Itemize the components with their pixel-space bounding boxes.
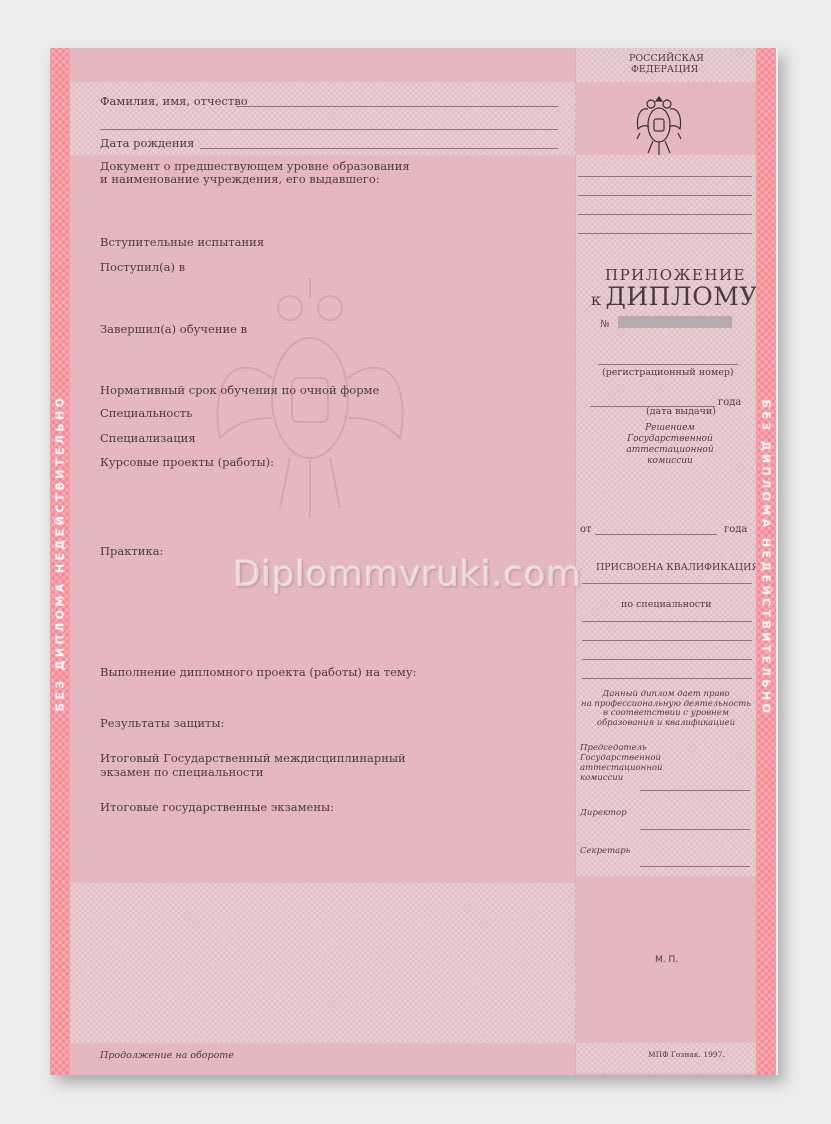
chair-line: аттестационной — [580, 763, 662, 773]
decision-date-field[interactable] — [595, 534, 717, 535]
defense-results-label: Результаты защиты: — [100, 716, 224, 730]
printer-note: МПФ Гознак. 1997. — [648, 1048, 725, 1062]
chair-signature-field[interactable] — [640, 790, 750, 791]
decision-line: Решением — [610, 423, 730, 434]
decision-line: комиссии — [610, 456, 730, 467]
director-signature-field[interactable] — [640, 829, 750, 830]
specialty-field-1[interactable] — [582, 621, 752, 622]
full-name-field[interactable] — [236, 106, 558, 107]
number-sign: № — [600, 318, 609, 332]
year-word-2: года — [724, 523, 747, 537]
decision-line: Государственной — [610, 434, 730, 445]
birth-date-field[interactable] — [200, 148, 558, 149]
page-edge — [776, 48, 778, 1075]
chair-label: Председатель Государственной аттестацион… — [580, 743, 662, 783]
birth-date-label: Дата рождения — [100, 136, 194, 150]
title-prefix: к — [591, 290, 602, 309]
institution-line-1[interactable] — [578, 176, 752, 177]
year-word: года — [718, 396, 741, 410]
issue-date-caption: (дата выдачи) — [646, 405, 716, 419]
institution-line-2[interactable] — [578, 195, 752, 196]
from-word: от — [580, 523, 592, 537]
specialization-label: Специализация — [100, 431, 196, 445]
diploma-supplement-page: БЕЗ ДИПЛОМА НЕДЕЙСТВИТЕЛЬНО Фамилия, имя… — [50, 48, 778, 1075]
band — [70, 48, 576, 82]
chair-line: Государственной — [580, 753, 662, 763]
institution-line-3[interactable] — [578, 214, 752, 215]
entrance-exams-label: Вступительные испытания — [100, 235, 264, 249]
secretary-signature-field[interactable] — [640, 866, 750, 867]
practice-label: Практика: — [100, 544, 163, 558]
strip-text-left: БЕЗ ДИПЛОМА НЕДЕЙСТВИТЕЛЬНО — [54, 395, 67, 712]
chair-line: Председатель — [580, 743, 662, 753]
director-label: Директор — [580, 808, 627, 818]
reg-number-field[interactable] — [598, 364, 738, 365]
thesis-label: Выполнение дипломного проекта (работы) н… — [100, 665, 417, 679]
right-security-strip: БЕЗ ДИПЛОМА НЕДЕЙСТВИТЕЛЬНО — [756, 48, 776, 1075]
specialty-label: Специальность — [100, 406, 192, 420]
completed-label: Завершил(а) обучение в — [100, 322, 247, 336]
by-specialty-label: по специальности — [621, 598, 712, 612]
title-diploma: кДИПЛОМУ — [591, 282, 758, 311]
full-name-field-line2[interactable] — [100, 129, 558, 130]
full-name-label: Фамилия, имя, отчество — [100, 94, 248, 108]
left-security-strip: БЕЗ ДИПЛОМА НЕДЕЙСТВИТЕЛЬНО — [50, 48, 70, 1075]
watermark-text: Diplommvruki.com — [233, 554, 582, 595]
institution-line-4[interactable] — [578, 233, 752, 234]
rights-text: Данный диплом дает право на профессионал… — [578, 690, 754, 728]
secretary-label: Секретарь — [580, 846, 630, 856]
enrolled-label: Поступил(а) в — [100, 260, 185, 274]
final-exam-label: Итоговый Государственный междисциплинарн… — [100, 751, 406, 765]
final-exam-label-2: экзамен по специальности — [100, 765, 264, 779]
decision-text: Решением Государственной аттестационной … — [610, 423, 730, 467]
qualification-field[interactable] — [582, 583, 752, 584]
normative-term-label: Нормативный срок обучения по очной форме — [100, 383, 379, 397]
title-word: ДИПЛОМУ — [606, 282, 758, 311]
course-projects-label: Курсовые проекты (работы): — [100, 455, 274, 469]
final-state-exams-label: Итоговые государственные экзамены: — [100, 800, 334, 814]
seal-placeholder: М. П. — [655, 953, 678, 967]
country-name-2: ФЕДЕРАЦИЯ — [631, 64, 698, 75]
specialty-field-4[interactable] — [582, 678, 752, 679]
reg-number-caption: (регистрационный номер) — [602, 366, 734, 380]
diploma-number-redacted — [618, 316, 732, 328]
rights-line: образования и квалификацией — [578, 719, 754, 729]
chair-line: комиссии — [580, 773, 662, 783]
continuation-note: Продолжение на обороте — [100, 1049, 234, 1063]
ghost-eagle-icon — [200, 268, 420, 528]
russian-coat-of-arms-icon — [634, 93, 684, 159]
decision-line: аттестационной — [610, 445, 730, 456]
prev-doc-label: Документ о предшествующем уровне образов… — [100, 159, 410, 173]
country-name: РОССИЙСКАЯ — [629, 53, 704, 64]
specialty-field-2[interactable] — [582, 640, 752, 641]
strip-text-right: БЕЗ ДИПЛОМА НЕДЕЙСТВИТЕЛЬНО — [760, 400, 773, 717]
specialty-field-3[interactable] — [582, 659, 752, 660]
qualification-label: ПРИСВОЕНА КВАЛИФИКАЦИЯ — [596, 561, 759, 575]
band-bottom — [70, 883, 576, 1043]
prev-doc-label-2: и наименование учреждения, его выдавшего… — [100, 172, 380, 186]
